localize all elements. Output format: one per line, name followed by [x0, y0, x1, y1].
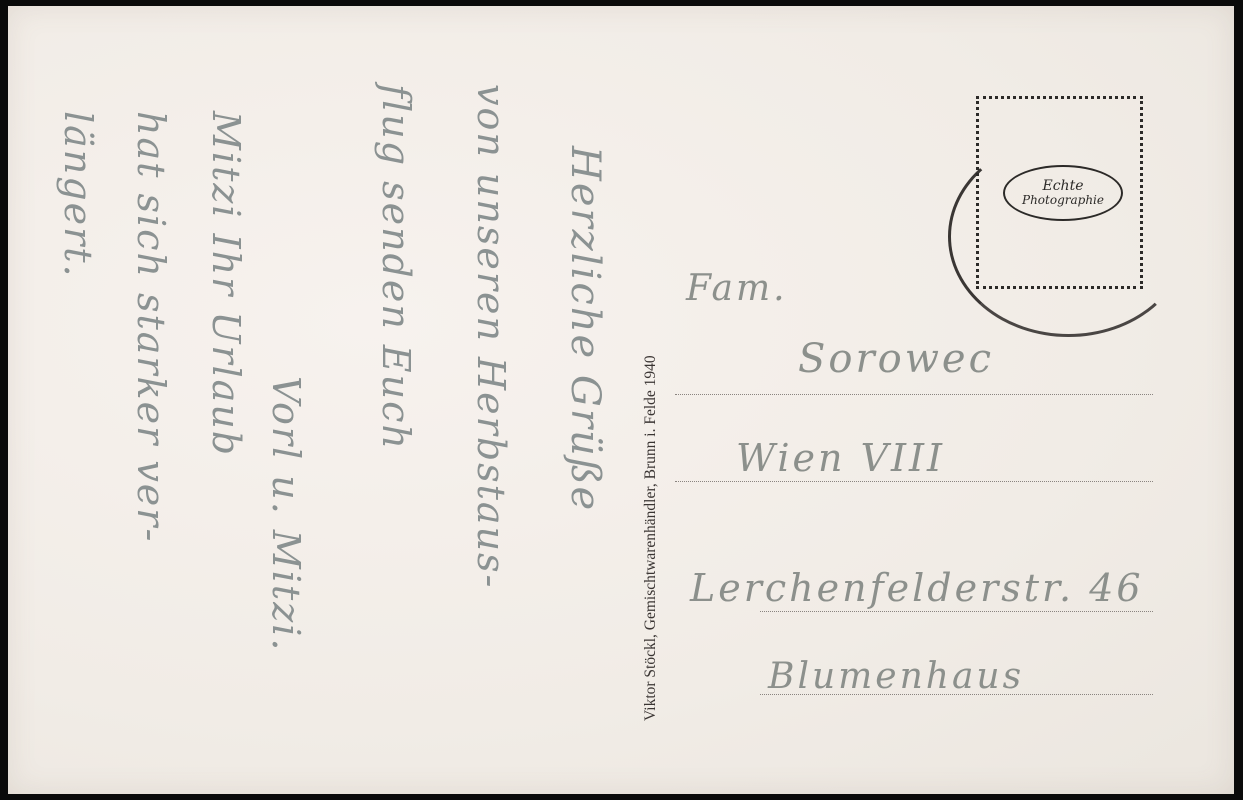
message-line-4: Vorl u. Mitzi. — [264, 376, 308, 652]
message-line-7: längert. — [56, 111, 100, 279]
message-line-3: flug senden Euch — [374, 84, 418, 451]
address-rule-2 — [675, 481, 1153, 482]
echte-photographie-logo: Echte Photographie — [1003, 165, 1123, 221]
address-rule-1 — [675, 394, 1153, 395]
message-line-1: Herzliche Grüße — [562, 146, 608, 512]
message-line-2: von unseren Herbstaus- — [469, 84, 513, 589]
address-rule-3 — [760, 611, 1153, 612]
address-name: Sorowec — [798, 336, 994, 382]
printer-imprint: Viktor Stöckl, Gemischtwarenhändler, Bru… — [642, 721, 1008, 739]
stamp-placeholder: Echte Photographie — [976, 96, 1143, 289]
message-line-6: hat sich starker ver- — [129, 111, 173, 543]
address-business: Blumenhaus — [768, 656, 1024, 697]
message-line-5: Mitzi Ihr Urlaub — [204, 111, 248, 457]
postcard-back: Herzliche Grüße von unseren Herbstaus- f… — [8, 6, 1234, 794]
address-salutation: Fam. — [686, 268, 788, 309]
address-street: Lerchenfelderstr. 46 — [690, 566, 1144, 610]
address-city: Wien VIII — [736, 436, 945, 480]
